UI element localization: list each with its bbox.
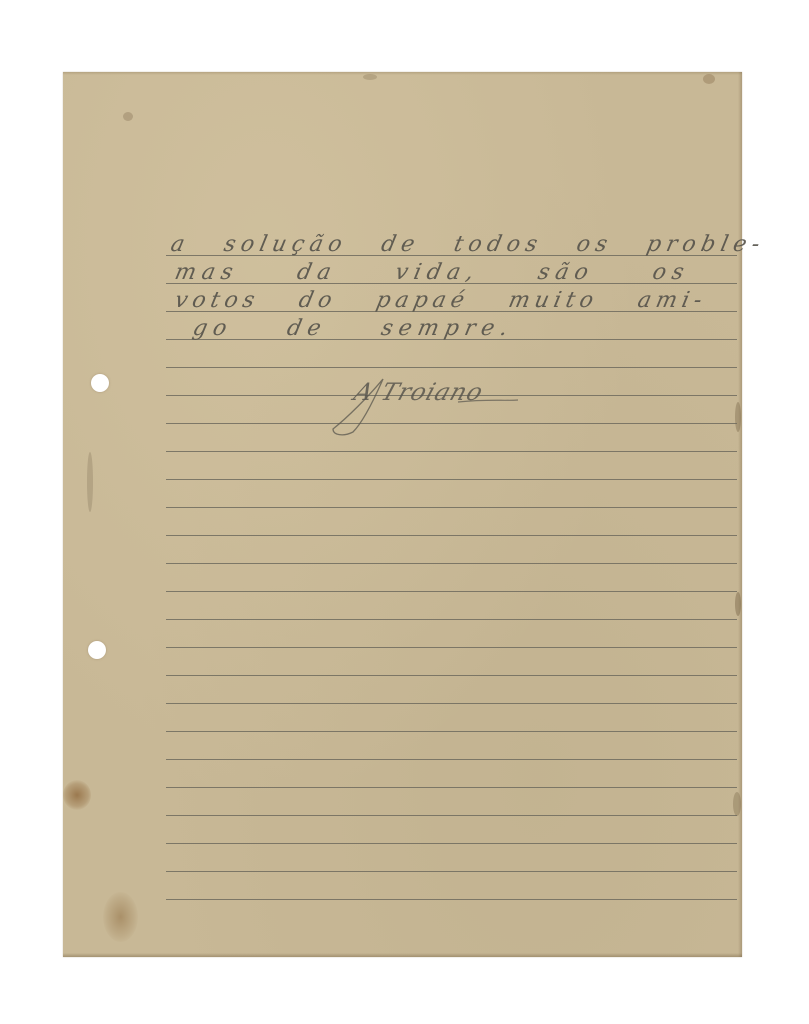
- handwritten-text: a solução de todos os proble- mas da vid…: [63, 72, 742, 957]
- letter-line-1: a solução de todos os proble-: [169, 234, 767, 256]
- letter-page: a solução de todos os proble- mas da vid…: [63, 72, 742, 957]
- signature-flourish: [328, 377, 528, 437]
- letter-line-2: mas da vida, são os: [173, 262, 692, 284]
- letter-line-3: votos do papaé muito ami-: [173, 290, 709, 312]
- letter-line-4: go de sempre.: [191, 318, 516, 340]
